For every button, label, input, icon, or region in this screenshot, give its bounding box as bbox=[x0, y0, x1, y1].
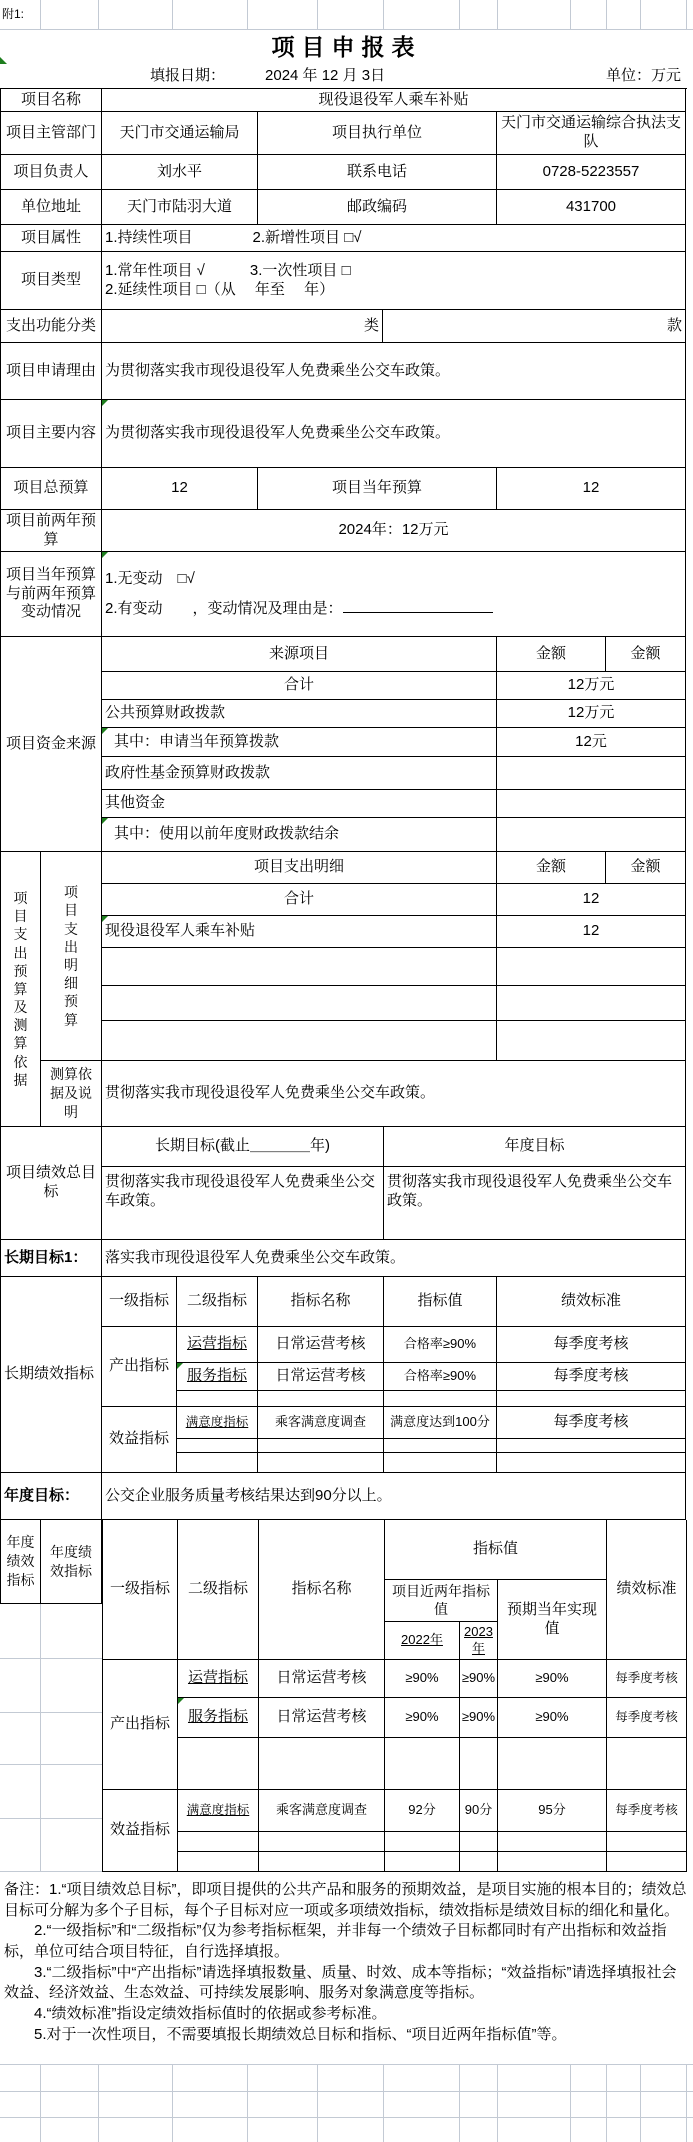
total-budget-label: 项目总预算 bbox=[0, 468, 102, 510]
yperf-h-l2: 二级指标 bbox=[178, 1520, 259, 1660]
type-options: 1.常年性项目 √ 3.一次性项目 □ 2.延续性项目 □（从 年至 年） bbox=[102, 252, 686, 310]
spend-row bbox=[102, 1021, 687, 1061]
dept-label: 项目主管部门 bbox=[0, 112, 102, 155]
goal-long-header: 长期目标(截止＿＿＿＿年) bbox=[102, 1127, 384, 1167]
goal-year-header: 年度目标 bbox=[384, 1127, 686, 1167]
row-address: 单位地址 天门市陆羽大道 邮政编码 431700 bbox=[0, 190, 687, 225]
yperf-row: 服务指标 日常运营考核 ≥90% ≥90% ≥90% 每季度考核 bbox=[178, 1698, 688, 1738]
spend-outer-label: 项目支出预算及测算依据 bbox=[0, 852, 41, 1127]
total-budget-value: 12 bbox=[102, 468, 258, 510]
funding-header-amount2: 金额 bbox=[606, 637, 686, 672]
address-label: 单位地址 bbox=[0, 190, 102, 225]
ltperf-group-output: 产出指标 bbox=[102, 1327, 177, 1407]
page-title: 项目申报表 bbox=[272, 33, 422, 62]
yperf-outer-label: 年度绩效指标 bbox=[0, 1520, 41, 1604]
funding-label: 项目资金来源 bbox=[0, 637, 102, 852]
row-budget-change: 项目当年预算与前两年预算变动情况 1.无变动 □√ 2.有变动 ，变动情况及理由… bbox=[0, 552, 687, 637]
yperf-h-expect: 预期当年实现值 bbox=[498, 1580, 607, 1660]
date-label: 填报日期： bbox=[150, 67, 225, 86]
exec-unit-value: 天门市交通运输综合执法支队 bbox=[497, 112, 686, 155]
note-line: 5.对于一次性项目，不需要填报长期绩效总目标和指标、“项目近两年指标值”等。 bbox=[4, 2025, 689, 2046]
address-value: 天门市陆羽大道 bbox=[102, 190, 258, 225]
green-marker bbox=[178, 1698, 184, 1704]
leader-label: 项目负责人 bbox=[0, 155, 102, 190]
ltperf-h-std: 绩效标准 bbox=[497, 1277, 686, 1327]
ltperf-row bbox=[177, 1453, 687, 1473]
yperf-h-std: 绩效标准 bbox=[607, 1520, 687, 1660]
year-budget-value: 12 bbox=[497, 468, 686, 510]
spend-inner-label: 项目支出明细预算 bbox=[41, 852, 102, 1061]
yperf-row bbox=[178, 1852, 688, 1872]
function-class-value: 类 bbox=[102, 310, 383, 343]
type-label: 项目类型 bbox=[0, 252, 102, 310]
unit-label: 单位：万元 bbox=[606, 67, 681, 86]
calc-basis-text: 贯彻落实我市现役退役军人免费乘坐公交车政策。 bbox=[102, 1061, 686, 1127]
note-line: 4.“绩效标准”指设定绩效指标值时的依据或参考标准。 bbox=[4, 2004, 689, 2025]
ltperf-h-name: 指标名称 bbox=[258, 1277, 384, 1327]
row-annual-goal: 年度目标： 公交企业服务质量考核结果达到90分以上。 bbox=[0, 1473, 687, 1520]
reason-value: 为贯彻落实我市现役退役军人免费乘坐公交车政策。 bbox=[102, 343, 686, 400]
ltgoal1-text: 落实我市现役退役军人免费乘坐公交车政策。 bbox=[102, 1240, 686, 1277]
footnotes: 备注：1.“项目绩效总目标”，即项目提供的公共产品和服务的预期效益，是项目实施的… bbox=[0, 1872, 693, 2046]
year-budget-label: 项目当年预算 bbox=[258, 468, 497, 510]
row-attribute: 项目属性 1.持续性项目 2.新增性项目 □√ bbox=[0, 225, 687, 252]
ltperf-group-benefit: 效益指标 bbox=[102, 1407, 177, 1473]
project-name-label: 项目名称 bbox=[0, 89, 102, 112]
dept-value: 天门市交通运输局 bbox=[102, 112, 258, 155]
yperf-h-2023: 2023年 bbox=[460, 1622, 498, 1660]
exec-unit-label: 项目执行单位 bbox=[258, 112, 497, 155]
ltperf-h-l2: 二级指标 bbox=[177, 1277, 258, 1327]
form-title-row: 项目申报表 bbox=[0, 30, 693, 64]
green-marker bbox=[0, 57, 7, 64]
spend-header-amount1: 金额 bbox=[497, 852, 606, 884]
yperf-group-output: 产出指标 bbox=[103, 1660, 178, 1790]
zip-value: 431700 bbox=[497, 190, 686, 225]
row-leader: 项目负责人 刘水平 联系电话 0728-5223557 bbox=[0, 155, 687, 190]
ltperf-row bbox=[177, 1391, 687, 1407]
green-marker bbox=[102, 818, 108, 824]
funding-header-amount1: 金额 bbox=[497, 637, 606, 672]
row-total-budget: 项目总预算 12 项目当年预算 12 bbox=[0, 468, 687, 510]
funding-block: 项目资金来源 来源项目 金额 金额 合计 12万元 公共预算财政拨款 12万元 bbox=[0, 637, 687, 852]
funding-row: 其他资金 bbox=[102, 790, 687, 818]
prev-budget-value: 2024年：12万元 bbox=[102, 510, 686, 552]
spend-header-detail: 项目支出明细 bbox=[102, 852, 497, 884]
top-grid-row: 附1: bbox=[0, 0, 693, 30]
ltperf-label: 长期绩效指标 bbox=[0, 1277, 102, 1473]
yperf-row bbox=[178, 1738, 688, 1790]
yperf-h-value: 指标值 bbox=[385, 1520, 607, 1580]
yperf-row bbox=[178, 1832, 688, 1852]
green-marker bbox=[177, 1363, 183, 1369]
goal-block: 项目绩效总目标 长期目标(截止＿＿＿＿年) 年度目标 贯彻落实我市现役退役军人免… bbox=[0, 1127, 687, 1240]
funding-row: 合计 12万元 bbox=[102, 672, 687, 700]
date-value: 2024 年 12 月 3日 bbox=[265, 67, 385, 86]
attribute-options: 1.持续性项目 2.新增性项目 □√ bbox=[102, 225, 686, 252]
ltperf-h-l1: 一级指标 bbox=[102, 1277, 177, 1327]
yperf-group-benefit: 效益指标 bbox=[103, 1790, 178, 1872]
row-dept: 项目主管部门 天门市交通运输局 项目执行单位 天门市交通运输综合执法支队 bbox=[0, 112, 687, 155]
funding-row: 其中：使用以前年度财政拨款结余 bbox=[102, 818, 687, 852]
green-marker bbox=[102, 728, 108, 734]
goal-year-text: 贯彻落实我市现役退役军人免费乘坐公交车政策。 bbox=[384, 1167, 686, 1240]
bottom-grid bbox=[0, 2064, 693, 2142]
yperf-h-2022: 2022年 bbox=[385, 1622, 460, 1660]
spend-block: 项目支出预算及测算依据 项目支出明细预算 项目支出明细 金额 金额 合计 bbox=[0, 852, 687, 1127]
row-reason: 项目申请理由 为贯彻落实我市现役退役军人免费乘坐公交车政策。 bbox=[0, 343, 687, 400]
content-label: 项目主要内容 bbox=[0, 400, 102, 468]
funding-row: 政府性基金预算财政拨款 bbox=[102, 757, 687, 790]
yperf-inner-label: 年度绩效指标 bbox=[41, 1520, 102, 1604]
budget-change-label: 项目当年预算与前两年预算变动情况 bbox=[0, 552, 102, 637]
zip-label: 邮政编码 bbox=[258, 190, 497, 225]
attachment-label: 附1: bbox=[2, 7, 24, 22]
prev-budget-label: 项目前两年预算 bbox=[0, 510, 102, 552]
row-content: 项目主要内容 为贯彻落实我市现役退役军人免费乘坐公交车政策。 bbox=[0, 400, 687, 468]
spreadsheet-form: 附1: 项目申报表 填报日期： 2024 年 12 月 3日 单位：万元 项目名… bbox=[0, 0, 693, 2142]
budget-change-options: 1.无变动 □√ 2.有变动 ，变动情况及理由是： bbox=[102, 552, 686, 637]
attribute-label: 项目属性 bbox=[0, 225, 102, 252]
phone-value: 0728-5223557 bbox=[497, 155, 686, 190]
note-line: 备注：1.“项目绩效总目标”，即项目提供的公共产品和服务的预期效益，是项目实施的… bbox=[4, 1880, 689, 1921]
function-item-value: 款 bbox=[383, 310, 686, 343]
ltperf-row: 满意度指标 乘客满意度调查 满意度达到100分 每季度考核 bbox=[177, 1407, 687, 1439]
blank-underline bbox=[343, 598, 493, 613]
content-value: 为贯彻落实我市现役退役军人免费乘坐公交车政策。 bbox=[102, 400, 686, 468]
leader-value: 刘水平 bbox=[102, 155, 258, 190]
funding-row: 其中：申请当年预算拨款 12元 bbox=[102, 728, 687, 757]
spend-header-amount2: 金额 bbox=[606, 852, 686, 884]
yperf-block: 年度绩效指标 年度绩效指标 一级指标 二级指标 bbox=[0, 1520, 687, 1872]
ltperf-block: 长期绩效指标 一级指标 二级指标 指标名称 指标值 绩效标准 产出指标 运营指标… bbox=[0, 1277, 687, 1473]
spend-row: 合计 12 bbox=[102, 884, 687, 916]
calc-basis-label: 测算依据及说明 bbox=[41, 1061, 102, 1127]
function-class-label: 支出功能分类 bbox=[0, 310, 102, 343]
yperf-row: 满意度指标 乘客满意度调查 92分 90分 95分 每季度考核 bbox=[178, 1790, 688, 1832]
goal-label: 项目绩效总目标 bbox=[0, 1127, 102, 1240]
yperf-h-recent: 项目近两年指标值 bbox=[385, 1580, 498, 1622]
yperf-row: 运营指标 日常运营考核 ≥90% ≥90% ≥90% 每季度考核 bbox=[178, 1660, 688, 1698]
ltgoal1-label: 长期目标1： bbox=[0, 1240, 102, 1277]
annual-goal-text: 公交企业服务质量考核结果达到90分以上。 bbox=[102, 1473, 686, 1520]
ltperf-row: 运营指标 日常运营考核 合格率≥90% 每季度考核 bbox=[177, 1327, 687, 1363]
spend-row bbox=[102, 948, 687, 986]
spend-row bbox=[102, 986, 687, 1021]
left-light-grid bbox=[0, 1604, 102, 1872]
ltperf-h-value: 指标值 bbox=[384, 1277, 497, 1327]
ltperf-row: 服务指标 日常运营考核 合格率≥90% 每季度考核 bbox=[177, 1363, 687, 1391]
row-ltgoal1: 长期目标1： 落实我市现役退役军人免费乘坐公交车政策。 bbox=[0, 1240, 687, 1277]
spend-row: 现役退役军人乘车补贴 12 bbox=[102, 916, 687, 948]
row-type: 项目类型 1.常年性项目 √ 3.一次性项目 □ 2.延续性项目 □（从 年至 … bbox=[0, 252, 687, 310]
row-project-name: 项目名称 现役退役军人乘车补贴 bbox=[0, 88, 687, 112]
annual-goal-label: 年度目标： bbox=[0, 1473, 102, 1520]
form-table: 项目名称 现役退役军人乘车补贴 项目主管部门 天门市交通运输局 项目执行单位 天… bbox=[0, 88, 693, 1872]
funding-row: 公共预算财政拨款 12万元 bbox=[102, 700, 687, 728]
green-marker bbox=[102, 400, 108, 406]
ltperf-row bbox=[177, 1439, 687, 1453]
note-line: 3.“二级指标”中“产出指标”请选择填报数量、质量、时效、成本等指标；“效益指标… bbox=[4, 1963, 689, 2004]
row-function-class: 支出功能分类 类 款 bbox=[0, 310, 687, 343]
yperf-h-l1: 一级指标 bbox=[103, 1520, 178, 1660]
phone-label: 联系电话 bbox=[258, 155, 497, 190]
project-name-value: 现役退役军人乘车补贴 bbox=[102, 89, 686, 112]
date-row: 填报日期： 2024 年 12 月 3日 单位：万元 bbox=[0, 64, 693, 88]
row-prev-budget: 项目前两年预算 2024年：12万元 bbox=[0, 510, 687, 552]
green-marker bbox=[102, 552, 108, 558]
funding-header-source: 来源项目 bbox=[102, 637, 497, 672]
reason-label: 项目申请理由 bbox=[0, 343, 102, 400]
green-marker bbox=[102, 916, 108, 922]
yperf-h-name: 指标名称 bbox=[259, 1520, 385, 1660]
goal-long-text: 贯彻落实我市现役退役军人免费乘坐公交车政策。 bbox=[102, 1167, 384, 1240]
note-line: 2.“一级指标”和“二级指标”仅为参考指标框架，并非每一个绩效子目标都同时有产出… bbox=[4, 1921, 689, 1962]
